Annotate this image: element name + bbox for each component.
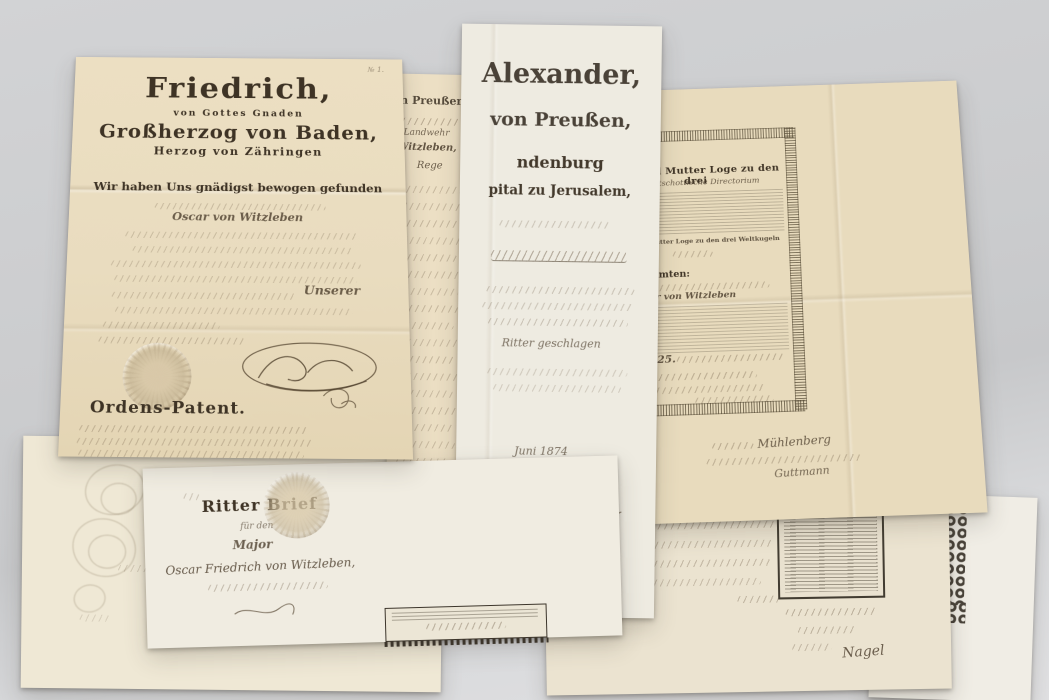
embossed-seal bbox=[263, 471, 331, 539]
strip-hw-witzleben: Witzleben, bbox=[397, 142, 457, 154]
stamp-box-handwriting bbox=[426, 622, 506, 631]
stamp-box bbox=[385, 603, 548, 642]
handwriting-line bbox=[482, 302, 634, 311]
friedrich-herzog-line: Herzog von Zähringen bbox=[72, 144, 405, 159]
strip-hw-landwehr: Landwehr bbox=[403, 128, 449, 139]
handwriting-line bbox=[103, 322, 220, 330]
lodge-signature-2: Guttmann bbox=[774, 464, 830, 481]
handwriting-line bbox=[114, 275, 357, 283]
handwriting-line bbox=[486, 286, 634, 295]
ritter-flourish bbox=[230, 600, 301, 622]
friedrich-patent: № 1. Friedrich, von Gottes Gnaden Großhe… bbox=[58, 57, 413, 460]
handwriting-line bbox=[499, 220, 609, 229]
ornament-shading bbox=[79, 614, 109, 621]
friedrich-signature bbox=[238, 336, 387, 414]
handwriting-line bbox=[785, 608, 877, 617]
handwriting-line bbox=[401, 220, 459, 228]
handwriting-line bbox=[115, 307, 353, 316]
photo-of-documents: (P.C.) Nagel n Preußen. Landwehr Witzleb… bbox=[0, 0, 1049, 700]
strip-printed-fragment: n Preußen. bbox=[400, 94, 468, 108]
stamp-box-serrated-edge bbox=[385, 637, 549, 647]
friedrich-title: Friedrich, bbox=[74, 70, 403, 106]
handwriting-line bbox=[712, 442, 754, 450]
stamp-box-text bbox=[392, 609, 538, 621]
handwriting-line bbox=[677, 353, 784, 363]
friedrich-grossherzog-line: Großherzog von Baden, bbox=[72, 120, 404, 144]
handwriting-line bbox=[132, 246, 352, 254]
handwriting-line bbox=[493, 384, 621, 393]
handwriting-line bbox=[125, 231, 359, 239]
friedrich-proclamation: Wir haben Uns gnädigst bewogen gefunden bbox=[70, 179, 406, 195]
handwriting-line bbox=[402, 118, 460, 126]
nagel-signature: Nagel bbox=[842, 643, 885, 662]
friedrich-word-unserer: Unserer bbox=[304, 284, 361, 298]
alexander-brandenburg-line: ndenburg bbox=[460, 152, 660, 174]
lodge-signature-1: Mühlenberg bbox=[757, 432, 831, 451]
lodge-date-number: 25. bbox=[657, 353, 676, 366]
handwriting-signature-small bbox=[673, 250, 713, 258]
handwriting-line bbox=[111, 260, 361, 268]
ritter-recipient: Oscar Friedrich von Witzleben, bbox=[165, 555, 355, 578]
alexander-title: Alexander, bbox=[461, 58, 661, 92]
ordens-patent-title: Ordens-Patent. bbox=[90, 398, 246, 419]
handwriting-line bbox=[798, 626, 856, 634]
handwriting-line bbox=[792, 644, 832, 652]
alexander-jerusalem-line: pital zu Jerusalem, bbox=[460, 182, 660, 201]
strip-hw-rege: Rege bbox=[417, 160, 443, 172]
handwriting-line bbox=[650, 384, 766, 395]
handwriting-line bbox=[397, 203, 463, 211]
handwriting-date-line bbox=[98, 337, 245, 345]
handwriting-flourish bbox=[183, 493, 199, 500]
handwriting-line bbox=[640, 371, 757, 382]
alexander-ritter-line: Ritter geschlagen bbox=[502, 336, 601, 350]
ritter-brief-sheet: Ritter Brief für den Major Oscar Friedri… bbox=[143, 455, 623, 648]
handwriting-signature-small bbox=[737, 595, 779, 603]
ornament-sketch bbox=[101, 483, 137, 515]
handwriting-underlined-name bbox=[491, 250, 627, 263]
handwriting-line bbox=[400, 186, 460, 194]
handwriting-line bbox=[401, 254, 457, 262]
handwriting-line bbox=[77, 438, 314, 447]
ornament-sketch bbox=[88, 534, 126, 568]
handwriting-line bbox=[488, 318, 628, 327]
ornament-sketch bbox=[72, 582, 108, 615]
handwriting-line bbox=[112, 292, 296, 300]
handwriting-line bbox=[79, 425, 308, 434]
handwriting-line bbox=[487, 368, 627, 377]
handwriting-line bbox=[208, 582, 328, 592]
alexander-preussen-line: von Preußen, bbox=[461, 108, 661, 133]
friedrich-gottes-line: von Gottes Gnaden bbox=[73, 108, 403, 120]
handwriting-line bbox=[706, 454, 861, 466]
ritter-major: Major bbox=[233, 537, 273, 552]
friedrich-recipient: Oscar von Witzleben bbox=[69, 209, 407, 224]
